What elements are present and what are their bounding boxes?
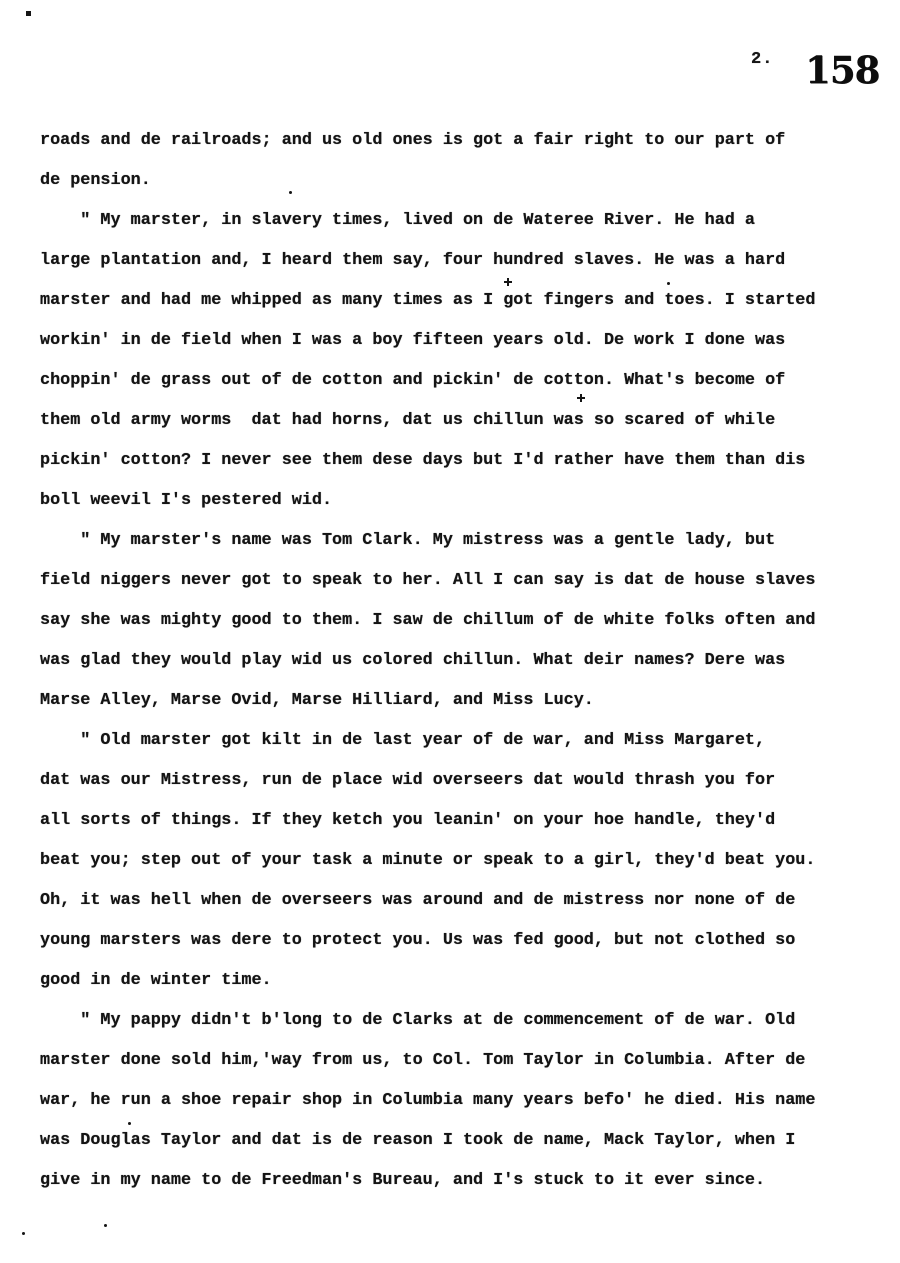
ink-speck <box>507 278 509 286</box>
document-body: roads and de railroads; and us old ones … <box>40 121 872 1201</box>
typed-page-number: 2. <box>751 49 773 71</box>
document-line: them old army worms dat had horns, dat u… <box>40 401 872 441</box>
document-line: good in de winter time. <box>40 961 872 1001</box>
document-line: large plantation and, I heard them say, … <box>40 241 872 281</box>
document-line: " My marster, in slavery times, lived on… <box>40 201 872 241</box>
ink-speck <box>289 191 292 194</box>
document-line: " My marster's name was Tom Clark. My mi… <box>40 521 872 561</box>
document-line: " Old marster got kilt in de last year o… <box>40 721 872 761</box>
document-line: roads and de railroads; and us old ones … <box>40 121 872 161</box>
ink-speck <box>104 1224 107 1227</box>
document-line: de pension. <box>40 161 872 201</box>
document-line: boll weevil I's pestered wid. <box>40 481 872 521</box>
document-line: marster and had me whipped as many times… <box>40 281 872 321</box>
scanned-document-page: 2. 158 roads and de railroads; and us ol… <box>0 0 900 1263</box>
ink-speck <box>128 1122 131 1125</box>
document-line: say she was mighty good to them. I saw d… <box>40 601 872 641</box>
document-line: pickin' cotton? I never see them dese da… <box>40 441 872 481</box>
document-line: Oh, it was hell when de overseers was ar… <box>40 881 872 921</box>
ink-speck <box>22 1232 25 1235</box>
document-line: war, he run a shoe repair shop in Columb… <box>40 1081 872 1121</box>
document-line: workin' in de field when I was a boy fif… <box>40 321 872 361</box>
stamped-page-number: 158 <box>805 50 879 90</box>
document-line: beat you; step out of your task a minute… <box>40 841 872 881</box>
document-line: dat was our Mistress, run de place wid o… <box>40 761 872 801</box>
document-line: all sorts of things. If they ketch you l… <box>40 801 872 841</box>
document-line: Marse Alley, Marse Ovid, Marse Hilliard,… <box>40 681 872 721</box>
ink-speck <box>26 11 31 16</box>
ink-speck <box>667 282 670 285</box>
ink-speck <box>580 394 582 402</box>
document-line: young marsters was dere to protect you. … <box>40 921 872 961</box>
document-line: give in my name to de Freedman's Bureau,… <box>40 1161 872 1201</box>
document-line: was Douglas Taylor and dat is de reason … <box>40 1121 872 1161</box>
document-line: choppin' de grass out of de cotton and p… <box>40 361 872 401</box>
document-line: field niggers never got to speak to her.… <box>40 561 872 601</box>
document-line: was glad they would play wid us colored … <box>40 641 872 681</box>
document-line: " My pappy didn't b'long to de Clarks at… <box>40 1001 872 1041</box>
document-line: marster done sold him,'way from us, to C… <box>40 1041 872 1081</box>
